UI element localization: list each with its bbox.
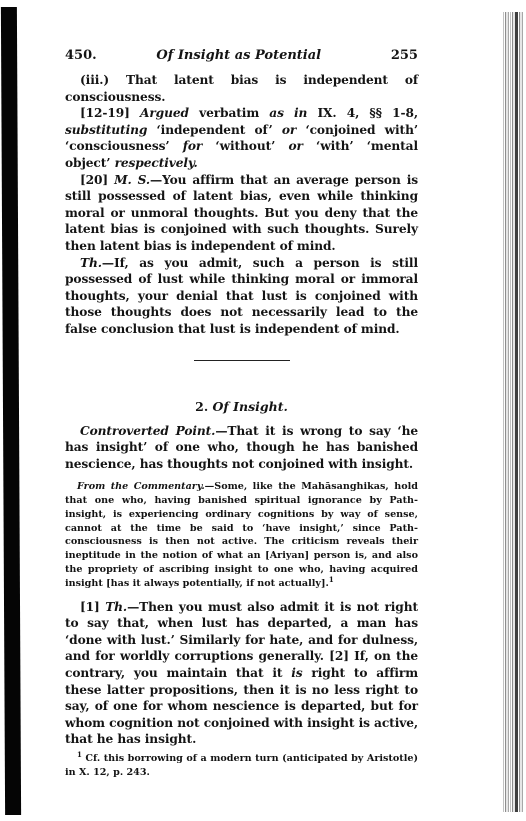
text-run: ‘independent of’ bbox=[147, 123, 282, 137]
emphasis: is bbox=[291, 666, 302, 680]
section-heading: 2. Of Insight. bbox=[65, 399, 418, 414]
scan-binding-edge bbox=[1, 7, 21, 815]
scan-page-edge bbox=[502, 12, 524, 812]
emphasis: for bbox=[183, 139, 203, 153]
text-run: verbatim bbox=[189, 106, 269, 120]
footnote: 1 Cf. this borrowing of a modern turn (a… bbox=[65, 752, 418, 780]
page-number: 255 bbox=[391, 48, 418, 63]
emphasis: respectively. bbox=[115, 156, 198, 170]
commentary-text: —Some, like the Mahāsanghikas, hold that… bbox=[65, 481, 418, 589]
text-run: ‘without’ bbox=[202, 139, 288, 153]
section-number: 450. bbox=[65, 48, 97, 63]
speaker-label: Th. bbox=[105, 600, 127, 614]
emphasis: or bbox=[282, 123, 296, 137]
paragraph-12-19: [12-19] Argued verbatim as in IX. 4, §§ … bbox=[65, 105, 418, 171]
item-iii: (iii.) That latent bias is independent o… bbox=[65, 72, 418, 105]
running-head: 450. Of Insight as Potential 255 bbox=[65, 48, 418, 68]
book-page: 450. Of Insight as Potential 255 (iii.) … bbox=[65, 48, 418, 780]
controverted-point: Controverted Point.—That it is wrong to … bbox=[65, 423, 418, 473]
emphasis: substituting bbox=[65, 123, 147, 137]
paragraph-ref: [20] bbox=[80, 173, 114, 187]
paragraph-1: [1] Th.—Then you must also admit it is n… bbox=[65, 599, 418, 748]
commentary: From the Commentary.—Some, like the Mahā… bbox=[65, 480, 418, 590]
footnote-ref[interactable]: 1 bbox=[329, 575, 334, 584]
theravadin-reply: Th.—If, as you admit, such a person is s… bbox=[65, 255, 418, 338]
footnote-text: Cf. this borrowing of a modern turn (ant… bbox=[65, 753, 418, 778]
section-title: Of Insight. bbox=[213, 399, 288, 414]
citation: IX. 4, §§ 1-8, bbox=[307, 106, 418, 120]
argument-body: [1] Th.—Then you must also admit it is n… bbox=[65, 599, 418, 748]
emphasis: or bbox=[288, 139, 302, 153]
commentary-paragraph: From the Commentary.—Some, like the Mahā… bbox=[65, 480, 418, 590]
paragraph-20: [20] M. S.—You affirm that an average pe… bbox=[65, 172, 418, 255]
speaker-label: Th. bbox=[80, 256, 102, 270]
paragraph-ref: [1] bbox=[80, 600, 105, 614]
running-title: Of Insight as Potential bbox=[156, 48, 321, 63]
section-divider bbox=[194, 360, 290, 361]
emphasis: Argued bbox=[140, 106, 189, 120]
controverted-point-paragraph: Controverted Point.—That it is wrong to … bbox=[65, 423, 418, 473]
speaker-label: M. S. bbox=[114, 173, 150, 187]
controverted-label: Controverted Point. bbox=[80, 424, 215, 438]
section-number: 2. bbox=[195, 399, 212, 414]
footnote-paragraph: 1 Cf. this borrowing of a modern turn (a… bbox=[65, 752, 418, 780]
commentary-label: From the Commentary. bbox=[77, 481, 205, 492]
paragraph-ref: [12-19] bbox=[80, 106, 130, 120]
emphasis: as in bbox=[269, 106, 307, 120]
paragraph-text: —If, as you admit, such a person is stil… bbox=[65, 256, 418, 336]
part1-body: (iii.) That latent bias is independent o… bbox=[65, 72, 418, 338]
